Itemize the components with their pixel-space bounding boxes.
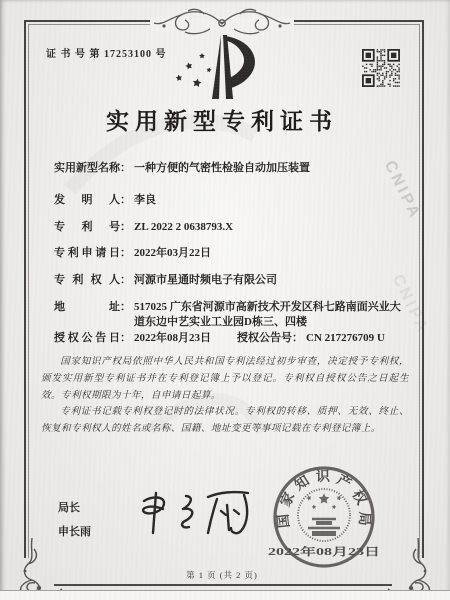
field-value: CN 217276709 U (306, 331, 385, 346)
field-value: ZL 2022 2 0638793.X (134, 220, 233, 235)
director-title: 局长 (58, 496, 91, 520)
colon: ： (120, 246, 131, 261)
field-row-grant: 授权公告日：2022年08月23日 授权公告号：CN 217276709 U (54, 331, 385, 346)
legal-statement: 国家知识产权局依照中华人民共和国专利法经过初步审查，决定授予专利权，颁发实用新型… (41, 354, 409, 438)
colon: ： (120, 331, 131, 346)
bottom-border-rule (54, 584, 392, 586)
colon: ： (120, 161, 131, 176)
certificate-number: 证 书 号 第 17253100 号 (46, 45, 167, 60)
colon: ： (292, 331, 303, 346)
field-value: 李良 (134, 193, 156, 208)
field-row-patent-number: 专利号：ZL 2022 2 0638793.X (54, 220, 233, 235)
seal-date: 2022年08月23日 (268, 545, 380, 558)
cnipa-patent-logo-icon (166, 27, 278, 107)
legal-paragraph: 国家知识产权局依照中华人民共和国专利法经过初步审查，决定授予专利权，颁发实用新型… (41, 354, 409, 404)
field-row-address: 地址：517025 广东省河源市高新技术开发区科七路南面兴业大道东边中艺实业工业… (54, 300, 406, 329)
field-label: 专利权人 (54, 273, 120, 288)
field-label: 授权公告日 (54, 331, 120, 346)
field-value: 517025 广东省河源市高新技术开发区科七路南面兴业大道东边中艺实业工业园D栋… (134, 300, 406, 329)
field-label: 专利申请日 (54, 246, 120, 261)
cnipa-official-seal: 国家知识产权局 2022年08月23日 (262, 455, 386, 579)
certificate-title: 实用新型专利证书 (24, 103, 420, 136)
paper-edge (0, 590, 450, 600)
field-label: 实用新型名称 (54, 161, 120, 176)
field-row-patentee: 专利权人：河源市星通时频电子有限公司 (54, 273, 277, 288)
field-label: 发明人 (54, 193, 120, 208)
field-value: 2022年08月23日 (134, 331, 211, 346)
field-row-utility-model-name: 实用新型名称：一种方便的气密性检验自动加压装置 (54, 161, 310, 176)
colon: ： (120, 193, 131, 208)
page-number: 第 1 页 (共 2 页) (24, 569, 420, 581)
colon: ： (120, 300, 131, 315)
qr-code-icon (362, 49, 400, 87)
field-value: 河源市星通时频电子有限公司 (134, 273, 277, 288)
field-value: 一种方便的气密性检验自动加压装置 (134, 161, 310, 176)
corner-flourish-left (12, 538, 64, 596)
director-block: 局长 申长雨 (58, 496, 91, 544)
colon: ： (120, 273, 131, 288)
scanned-certificate-page: CNIPA CNIPA (0, 0, 450, 600)
field-label: 授权公告号 (237, 331, 292, 346)
top-flourish-ornament (150, 5, 294, 39)
field-label: 地址 (54, 300, 120, 315)
corner-flourish-right (386, 538, 438, 596)
legal-paragraph: 专利证书记载专利权登记时的法律状况。专利权的转移、质押、无效、终止、恢复和专利权… (41, 404, 409, 438)
national-emblem-icon (298, 489, 350, 541)
field-label: 专利号 (54, 220, 120, 235)
colon: ： (120, 220, 131, 235)
field-row-filing-date: 专利申请日：2022年03月22日 (54, 246, 211, 261)
director-signature (120, 483, 265, 545)
field-row-inventor: 发明人：李良 (54, 193, 156, 208)
field-value: 2022年03月22日 (134, 246, 211, 261)
